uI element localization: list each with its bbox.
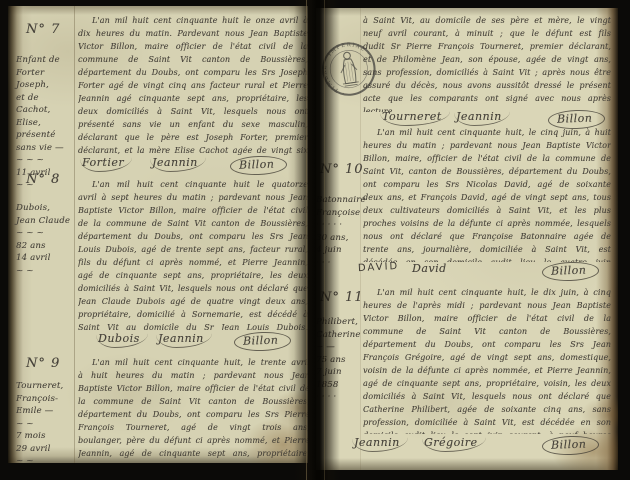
signature-gregoire: Grégoire [422,436,486,452]
signature-david-cursive: David [412,262,447,275]
entry-number-8: N° 8 [26,172,60,187]
entry-8-body: L'an mil huit cent cinquante huit le qua… [78,178,308,330]
signature-billon: Billon [230,155,288,176]
entry-11-signatures: Jeannin Grégoire Billon [316,436,618,456]
signature-fortier: Fortier [80,156,132,172]
signature-billon: Billon [542,261,600,282]
entry-10-signatures: DAVID David Billon [316,262,618,282]
left-page: N° 7 Enfant de Forter Joseph, et de Cach… [8,6,308,463]
entry-10-body: L'an mil huit cent cinquante huit, le ci… [363,126,611,262]
signature-david-printed: DAVID [358,261,400,274]
entry-number-11: N° 11 [320,290,364,305]
entry-number-10: N° 10 [320,162,364,177]
entry-7-body: L'an mil huit cent cinquante huit le onz… [78,14,308,156]
signature-billon: Billon [234,331,292,352]
entry-11-margin-note: Philibert, Catherine ~ — 75 ans 7 juin 1… [316,316,361,404]
entry-8-signatures: Dubois Jeannin Billon [8,332,308,352]
entry-9-margin-note: Tourneret, François- Emile — ~ ~ 7 mois … [16,380,74,463]
entry-9-body: L'an mil huit cent cinquante huit, le tr… [78,356,308,460]
signature-jeannin: Jeannin [156,332,212,348]
entry-number-7: N° 7 [26,22,60,37]
signature-jeannin: Jeannin [454,110,510,126]
entry-9-continuation-body: à Saint Vit, au domicile de ses père et … [363,14,611,112]
entry-10-margin-note: Batonnaire Françoise · · · · · 30 ans, 4… [316,194,361,269]
right-page: · TIMBRE · IMPERIAL · à Saint Vit, au do… [316,8,618,470]
signature-jeannin: Jeannin [352,436,408,452]
signature-billon: Billon [542,435,600,456]
entry-11-body: L'an mil huit cent cinquante huit, le di… [363,286,611,434]
signature-tourneret: Tourneret [380,110,450,126]
signature-dubois: Dubois [96,332,148,348]
signature-jeannin: Jeannin [150,156,206,172]
register-scan: N° 7 Enfant de Forter Joseph, et de Cach… [0,0,630,480]
margin-rule [74,6,75,463]
entry-number-9: N° 9 [26,356,60,371]
entry-8-margin-note: Dubois, Jean Claude ~ ~ ~ 82 ans 14 avri… [16,202,74,277]
